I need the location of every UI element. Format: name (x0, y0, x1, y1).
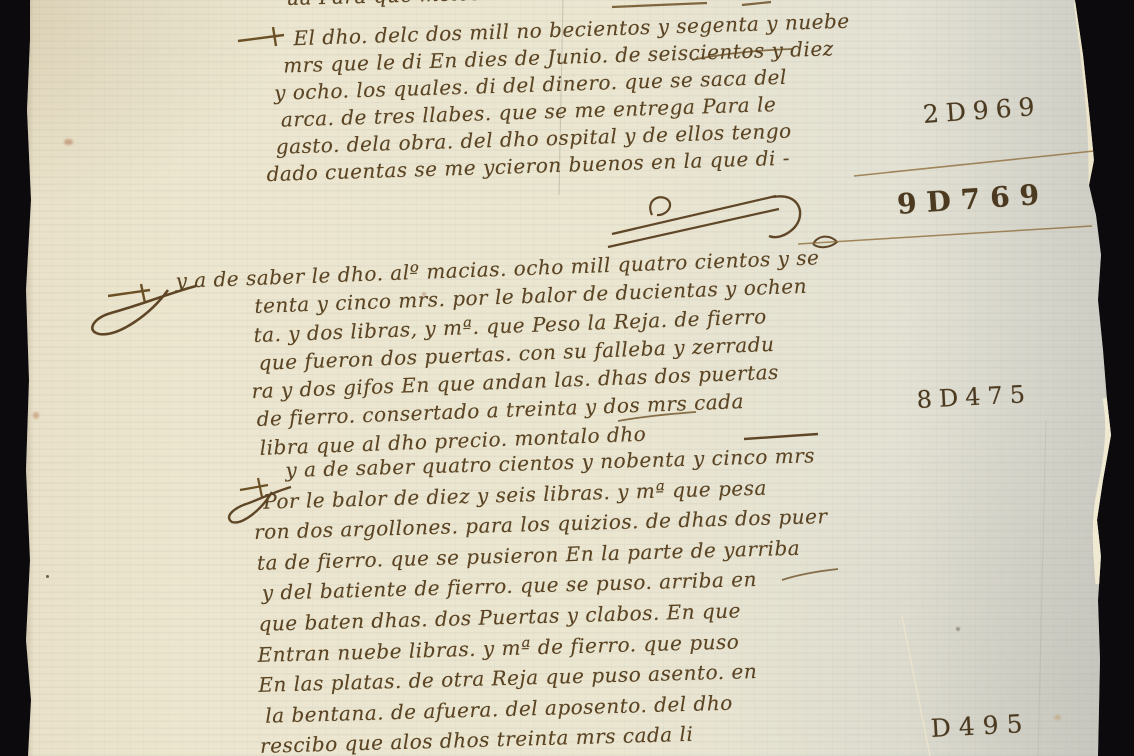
trailing-dash (612, 3, 707, 7)
trailing-dash (742, 2, 771, 5)
foxing-spot (64, 139, 73, 145)
manuscript-entry-3: y a de saber quatro cientos y nobenta y … (252, 440, 834, 756)
stain-spot (1054, 715, 1061, 720)
ruled-line (854, 151, 1094, 176)
entry-3-amount: D495 (930, 709, 1031, 743)
torn-edge-flap (1096, 398, 1108, 584)
manuscript-page: ua Para que melos diesen El dho. delc do… (0, 0, 1134, 756)
flourish-slash (608, 209, 779, 247)
ink-speck (956, 627, 960, 631)
entry-1-amount: 2D969 (922, 92, 1042, 129)
torn-edge-highlight (1076, 2, 1091, 185)
manuscript-fragment-line: ua Para que melos diesen (286, 0, 558, 10)
subtotal-amount: 9D769 (896, 177, 1050, 221)
entry-2-amount: 8D475 (916, 380, 1033, 414)
flourish-slash (612, 196, 776, 234)
manuscript-scan: ua Para que melos diesen El dho. delc do… (0, 0, 1134, 756)
paper-crease (902, 616, 930, 756)
entry-marker-cross (141, 284, 145, 303)
ink-speck (46, 575, 49, 578)
foxing-spot (33, 412, 39, 419)
manuscript-entry-2: y a de saber le dho. alº macias. ocho mi… (253, 243, 826, 462)
manuscript-entry-1: El dho. delc dos mill no becientos y seg… (268, 8, 854, 188)
flourish-hook (769, 196, 800, 237)
flourish-curl (650, 197, 670, 215)
ruled-line (798, 226, 1092, 244)
paper-crease (1038, 420, 1046, 756)
entry-marker-cross (108, 290, 150, 296)
